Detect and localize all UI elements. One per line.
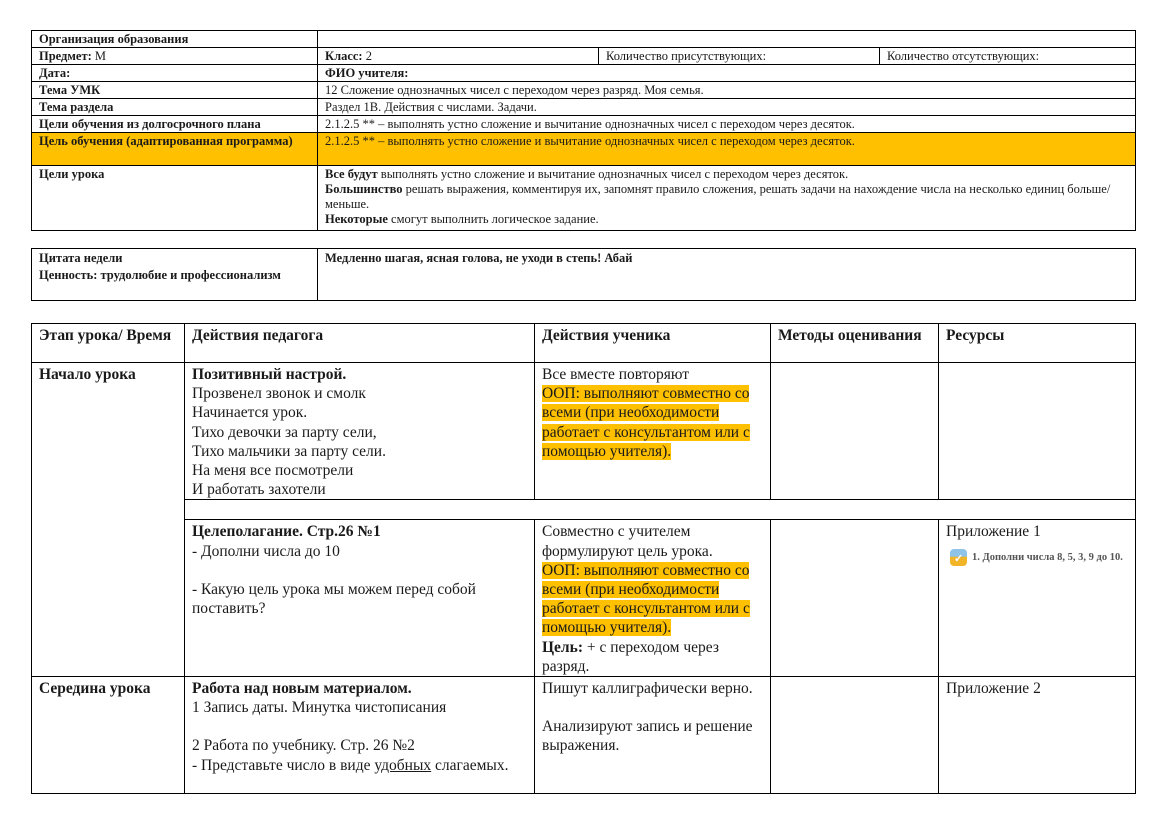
middle-teacher-line1: 1 Запись даты. Минутка чистописания: [192, 698, 528, 717]
goal-most: Большинство решать выражения, комментиру…: [325, 182, 1129, 212]
poem-line: Тихо девочки за парту сели,: [192, 423, 528, 442]
appendix-1-image-text: 1. Дополни числа 8, 5, 3, 9 до 10.: [972, 548, 1123, 567]
middle-resources: Приложение 2: [939, 677, 1136, 794]
lesson-plan-table: Этап урока/ Время Действия педагога Дейс…: [31, 323, 1136, 794]
subject-label: Предмет:: [39, 49, 92, 63]
goal-student-actions: Совместно с учителем формулируют цель ур…: [535, 520, 771, 677]
adapted-goal-row: Цель обучения (адаптированная программа)…: [32, 133, 1136, 166]
middle-teacher-line3: - Представьте число в виде удобных слага…: [192, 756, 528, 775]
subject-value: М: [92, 49, 106, 63]
goal-teacher-title: Целеполагание. Стр.26 №1: [192, 522, 528, 541]
goal-resource-link: Приложение 1: [946, 522, 1129, 541]
plan-row-start: Начало урока Позитивный настрой. Прозвен…: [32, 363, 1136, 500]
quote-row: Цитата недели Ценность: трудолюбие и про…: [32, 249, 1136, 301]
poem-line: На меня все посмотрели: [192, 461, 528, 480]
lesson-goals-row: Цели урока Все будут выполнять устно сло…: [32, 166, 1136, 231]
adapted-goal-label: Цель обучения (адаптированная программа): [32, 133, 318, 166]
poem-line: Тихо мальчики за парту сели.: [192, 442, 528, 461]
start-teacher-title: Позитивный настрой.: [192, 365, 528, 384]
middle-student-line1: Пишут каллиграфически верно.: [542, 679, 764, 698]
start-student-oop: ООП: выполняют совместно со всеми (при н…: [542, 385, 750, 460]
value-label: Ценность: трудолюбие и профессионализм: [32, 267, 311, 284]
goal-methods: [771, 520, 939, 677]
date-row: Дата: ФИО учителя:: [32, 65, 1136, 82]
col-stage: Этап урока/ Время: [32, 324, 185, 363]
lesson-header-table: Организация образования Предмет: М Класс…: [31, 30, 1136, 231]
plan-spacer-row: [32, 500, 1136, 520]
start-student-text: Все вместе повторяют: [542, 365, 764, 384]
class-value: 2: [363, 49, 372, 63]
class-cell: Класс: 2: [318, 48, 599, 65]
section-row: Тема раздела Раздел 1В. Действия с числа…: [32, 99, 1136, 116]
umk-value: 12 Сложение однозначных чисел с переходо…: [318, 82, 1136, 99]
subject-cell: Предмет: М: [32, 48, 318, 65]
middle-teacher-actions: Работа над новым материалом. 1 Запись да…: [185, 677, 535, 794]
goal-resources: Приложение 1 1. Дополни числа 8, 5, 3, 9…: [939, 520, 1136, 677]
section-label: Тема раздела: [32, 99, 318, 116]
teacher-name-label: ФИО учителя:: [318, 65, 1136, 82]
longterm-goal-label: Цели обучения из долгосрочного плана: [32, 116, 318, 133]
absent-count-label: Количество отсутствующих:: [880, 48, 1136, 65]
goal-student-oop: ООП: выполняют совместно со всеми (при н…: [542, 562, 750, 637]
quote-table: Цитата недели Ценность: трудолюбие и про…: [31, 248, 1136, 301]
start-teacher-actions: Позитивный настрой. Прозвенел звонок и с…: [185, 363, 535, 500]
plan-header-row: Этап урока/ Время Действия педагога Дейс…: [32, 324, 1136, 363]
middle-student-line2: Анализируют запись и решение выражения.: [542, 717, 764, 755]
longterm-goal-value: 2.1.2.5 ** – выполнять устно сложение и …: [318, 116, 1136, 133]
goal-student-text: Совместно с учителем формулируют цель ур…: [542, 522, 764, 560]
col-teacher-actions: Действия педагога: [185, 324, 535, 363]
goal-student-goal: Цель: + с переходом через разряд.: [542, 638, 764, 676]
date-label: Дата:: [32, 65, 318, 82]
middle-student-actions: Пишут каллиграфически верно. Анализируют…: [535, 677, 771, 794]
umk-row: Тема УМК 12 Сложение однозначных чисел с…: [32, 82, 1136, 99]
org-row: Организация образования: [32, 31, 1136, 48]
col-student-actions: Действия ученика: [535, 324, 771, 363]
present-count-label: Количество присутствующих:: [599, 48, 880, 65]
org-label: Организация образования: [32, 31, 318, 48]
poem-line: Прозвенел звонок и смолк: [192, 384, 528, 403]
poem-line: И работать захотели: [192, 480, 528, 499]
adapted-goal-value: 2.1.2.5 ** – выполнять устно сложение и …: [318, 133, 1136, 166]
umk-label: Тема УМК: [32, 82, 318, 99]
col-resources: Ресурсы: [939, 324, 1136, 363]
goal-teacher-line1: - Дополни числа до 10: [192, 542, 528, 561]
quote-week-label: Цитата недели: [32, 250, 311, 267]
start-methods: [771, 363, 939, 500]
appendix-1-image: 1. Дополни числа 8, 5, 3, 9 до 10.: [950, 548, 1129, 567]
plan-row-goal-setting: Целеполагание. Стр.26 №1 - Дополни числа…: [32, 520, 1136, 677]
start-resources: [939, 363, 1136, 500]
middle-teacher-line2: 2 Работа по учебнику. Стр. 26 №2: [192, 736, 528, 755]
section-value: Раздел 1В. Действия с числами. Задачи.: [318, 99, 1136, 116]
plan-row-middle: Середина урока Работа над новым материал…: [32, 677, 1136, 794]
lesson-goals-value: Все будут выполнять устно сложение и выч…: [318, 166, 1136, 231]
goal-all: Все будут выполнять устно сложение и выч…: [325, 167, 1129, 182]
col-assessment-methods: Методы оценивания: [771, 324, 939, 363]
goal-teacher-actions: Целеполагание. Стр.26 №1 - Дополни числа…: [185, 520, 535, 677]
middle-teacher-title: Работа над новым материалом.: [192, 679, 528, 698]
org-value: [318, 31, 1136, 48]
spacer-cell: [185, 500, 1136, 520]
quote-text: Медленно шагая, ясная голова, не уходи в…: [318, 249, 1136, 301]
longterm-goal-row: Цели обучения из долгосрочного плана 2.1…: [32, 116, 1136, 133]
task-pencil-icon: [950, 549, 967, 566]
lesson-goals-label: Цели урока: [32, 166, 318, 231]
stage-start: Начало урока: [32, 363, 185, 677]
goal-some: Некоторые смогут выполнить логическое за…: [325, 212, 1129, 227]
middle-methods: [771, 677, 939, 794]
start-student-actions: Все вместе повторяют ООП: выполняют совм…: [535, 363, 771, 500]
quote-label-cell: Цитата недели Ценность: трудолюбие и про…: [32, 249, 318, 301]
stage-middle: Середина урока: [32, 677, 185, 794]
class-label: Класс:: [325, 49, 363, 63]
poem-line: Начинается урок.: [192, 403, 528, 422]
goal-teacher-line2: - Какую цель урока мы можем перед собой …: [192, 580, 528, 618]
subject-row: Предмет: М Класс: 2 Количество присутств…: [32, 48, 1136, 65]
